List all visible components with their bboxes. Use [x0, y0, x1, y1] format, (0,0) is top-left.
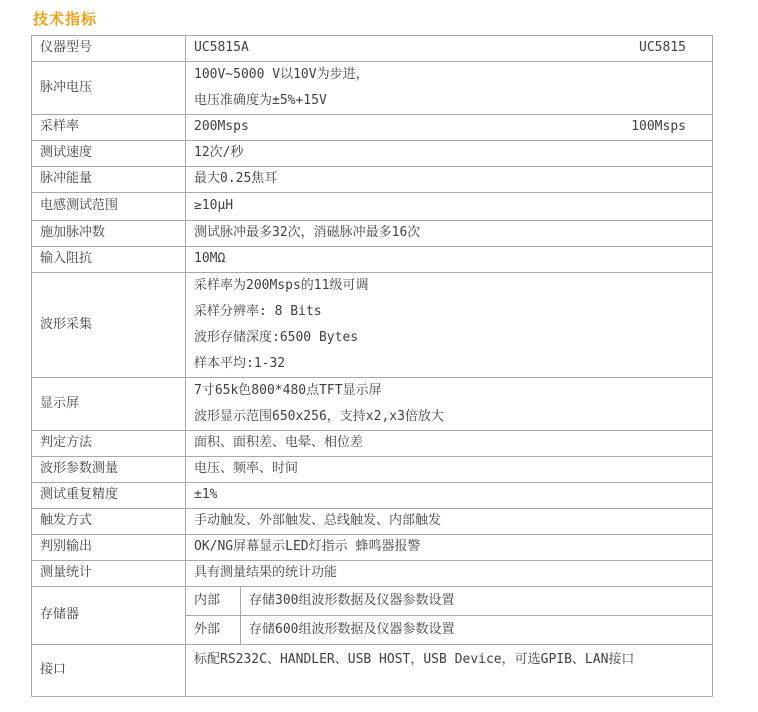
spec-label: 波形采集 — [32, 273, 186, 378]
spec-sub-label: 外部 — [186, 616, 241, 645]
row-waveform-parameters: 波形参数测量 电压、频率、时间 — [32, 457, 713, 483]
spec-label: 测量统计 — [32, 561, 186, 587]
spec-value: 200Msps 100Msps — [186, 115, 713, 141]
row-storage-internal: 存储器 内部 存储300组波形数据及仪器参数设置 — [32, 587, 713, 616]
row-sample-rate: 采样率 200Msps 100Msps — [32, 115, 713, 141]
spec-value-line: 电压准确度为±5%+15V — [194, 88, 712, 114]
spec-label: 显示屏 — [32, 378, 186, 431]
spec-value-right: UC5815 — [639, 38, 686, 58]
spec-label: 脉冲能量 — [32, 167, 186, 193]
spec-table: 仪器型号 UC5815A UC5815 脉冲电压 100V~5000 V以10V… — [31, 35, 713, 697]
spec-label: 脉冲电压 — [32, 62, 186, 115]
spec-label: 判定方法 — [32, 431, 186, 457]
spec-sub-label: 内部 — [186, 587, 241, 616]
spec-label: 判别输出 — [32, 535, 186, 561]
row-judgment-method: 判定方法 面积、面积差、电晕、相位差 — [32, 431, 713, 457]
spec-value-line: 样本平均:1-32 — [194, 351, 712, 377]
spec-value: ≥10μH — [186, 193, 713, 221]
spec-label: 电感测试范围 — [32, 193, 186, 221]
row-input-impedance: 输入阻抗 10MΩ — [32, 247, 713, 273]
spec-value-line: 采样分辨率: 8 Bits — [194, 299, 712, 325]
page: 技术指标 仪器型号 UC5815A UC5815 脉冲电压 100V~5000 … — [0, 0, 758, 712]
spec-value: 100V~5000 V以10V为步进， 电压准确度为±5%+15V — [186, 62, 713, 115]
spec-value: 具有测量结果的统计功能 — [186, 561, 713, 587]
spec-value: 存储600组波形数据及仪器参数设置 — [241, 616, 713, 645]
row-applied-pulses: 施加脉冲数 测试脉冲最多32次，消磁脉冲最多16次 — [32, 221, 713, 247]
spec-value: 12次/秒 — [186, 141, 713, 167]
row-pulse-voltage: 脉冲电压 100V~5000 V以10V为步进， 电压准确度为±5%+15V — [32, 62, 713, 115]
spec-value-line: 波形存储深度:6500 Bytes — [194, 325, 712, 351]
spec-value-line: 采样率为200Msps的11级可调 — [194, 273, 712, 299]
spec-label: 仪器型号 — [32, 36, 186, 62]
spec-label: 波形参数测量 — [32, 457, 186, 483]
row-repeatability: 测试重复精度 ±1% — [32, 483, 713, 509]
spec-value: 手动触发、外部触发、总线触发、内部触发 — [186, 509, 713, 535]
spec-value-line: 100V~5000 V以10V为步进， — [194, 62, 712, 88]
spec-value: UC5815A UC5815 — [186, 36, 713, 62]
spec-label: 采样率 — [32, 115, 186, 141]
spec-label: 触发方式 — [32, 509, 186, 535]
spec-value: 存储300组波形数据及仪器参数设置 — [241, 587, 713, 616]
spec-value: 面积、面积差、电晕、相位差 — [186, 431, 713, 457]
row-pulse-energy: 脉冲能量 最大0.25焦耳 — [32, 167, 713, 193]
spec-value-left: UC5815A — [194, 38, 249, 58]
spec-value: ±1% — [186, 483, 713, 509]
spec-value: 电压、频率、时间 — [186, 457, 713, 483]
spec-value: 标配RS232C、HANDLER、USB HOST，USB Device，可选G… — [186, 645, 713, 697]
spec-value: 最大0.25焦耳 — [186, 167, 713, 193]
spec-value: 测试脉冲最多32次，消磁脉冲最多16次 — [186, 221, 713, 247]
spec-label: 存储器 — [32, 587, 186, 645]
spec-value-line: 7寸65k色800*480点TFT显示屏 — [194, 378, 712, 404]
row-interface: 接口 标配RS232C、HANDLER、USB HOST，USB Device，… — [32, 645, 713, 697]
row-test-speed: 测试速度 12次/秒 — [32, 141, 713, 167]
spec-label: 施加脉冲数 — [32, 221, 186, 247]
spec-value: 采样率为200Msps的11级可调 采样分辨率: 8 Bits 波形存储深度:6… — [186, 273, 713, 378]
page-title: 技术指标 — [33, 8, 758, 29]
row-model: 仪器型号 UC5815A UC5815 — [32, 36, 713, 62]
row-display: 显示屏 7寸65k色800*480点TFT显示屏 波形显示范围650x256，支… — [32, 378, 713, 431]
spec-label: 测试重复精度 — [32, 483, 186, 509]
spec-label: 输入阻抗 — [32, 247, 186, 273]
row-waveform-acquisition: 波形采集 采样率为200Msps的11级可调 采样分辨率: 8 Bits 波形存… — [32, 273, 713, 378]
row-measurement-statistics: 测量统计 具有测量结果的统计功能 — [32, 561, 713, 587]
spec-value-right: 100Msps — [631, 117, 686, 137]
spec-value: 10MΩ — [186, 247, 713, 273]
spec-value: 7寸65k色800*480点TFT显示屏 波形显示范围650x256，支持x2,… — [186, 378, 713, 431]
row-inductance-range: 电感测试范围 ≥10μH — [32, 193, 713, 221]
spec-value: OK/NG屏幕显示LED灯指示 蜂鸣器报警 — [186, 535, 713, 561]
spec-label: 接口 — [32, 645, 186, 697]
spec-value-left: 200Msps — [194, 117, 249, 137]
row-judgment-output: 判别输出 OK/NG屏幕显示LED灯指示 蜂鸣器报警 — [32, 535, 713, 561]
spec-label: 测试速度 — [32, 141, 186, 167]
spec-value-line: 波形显示范围650x256，支持x2,x3倍放大 — [194, 404, 712, 430]
row-trigger-mode: 触发方式 手动触发、外部触发、总线触发、内部触发 — [32, 509, 713, 535]
